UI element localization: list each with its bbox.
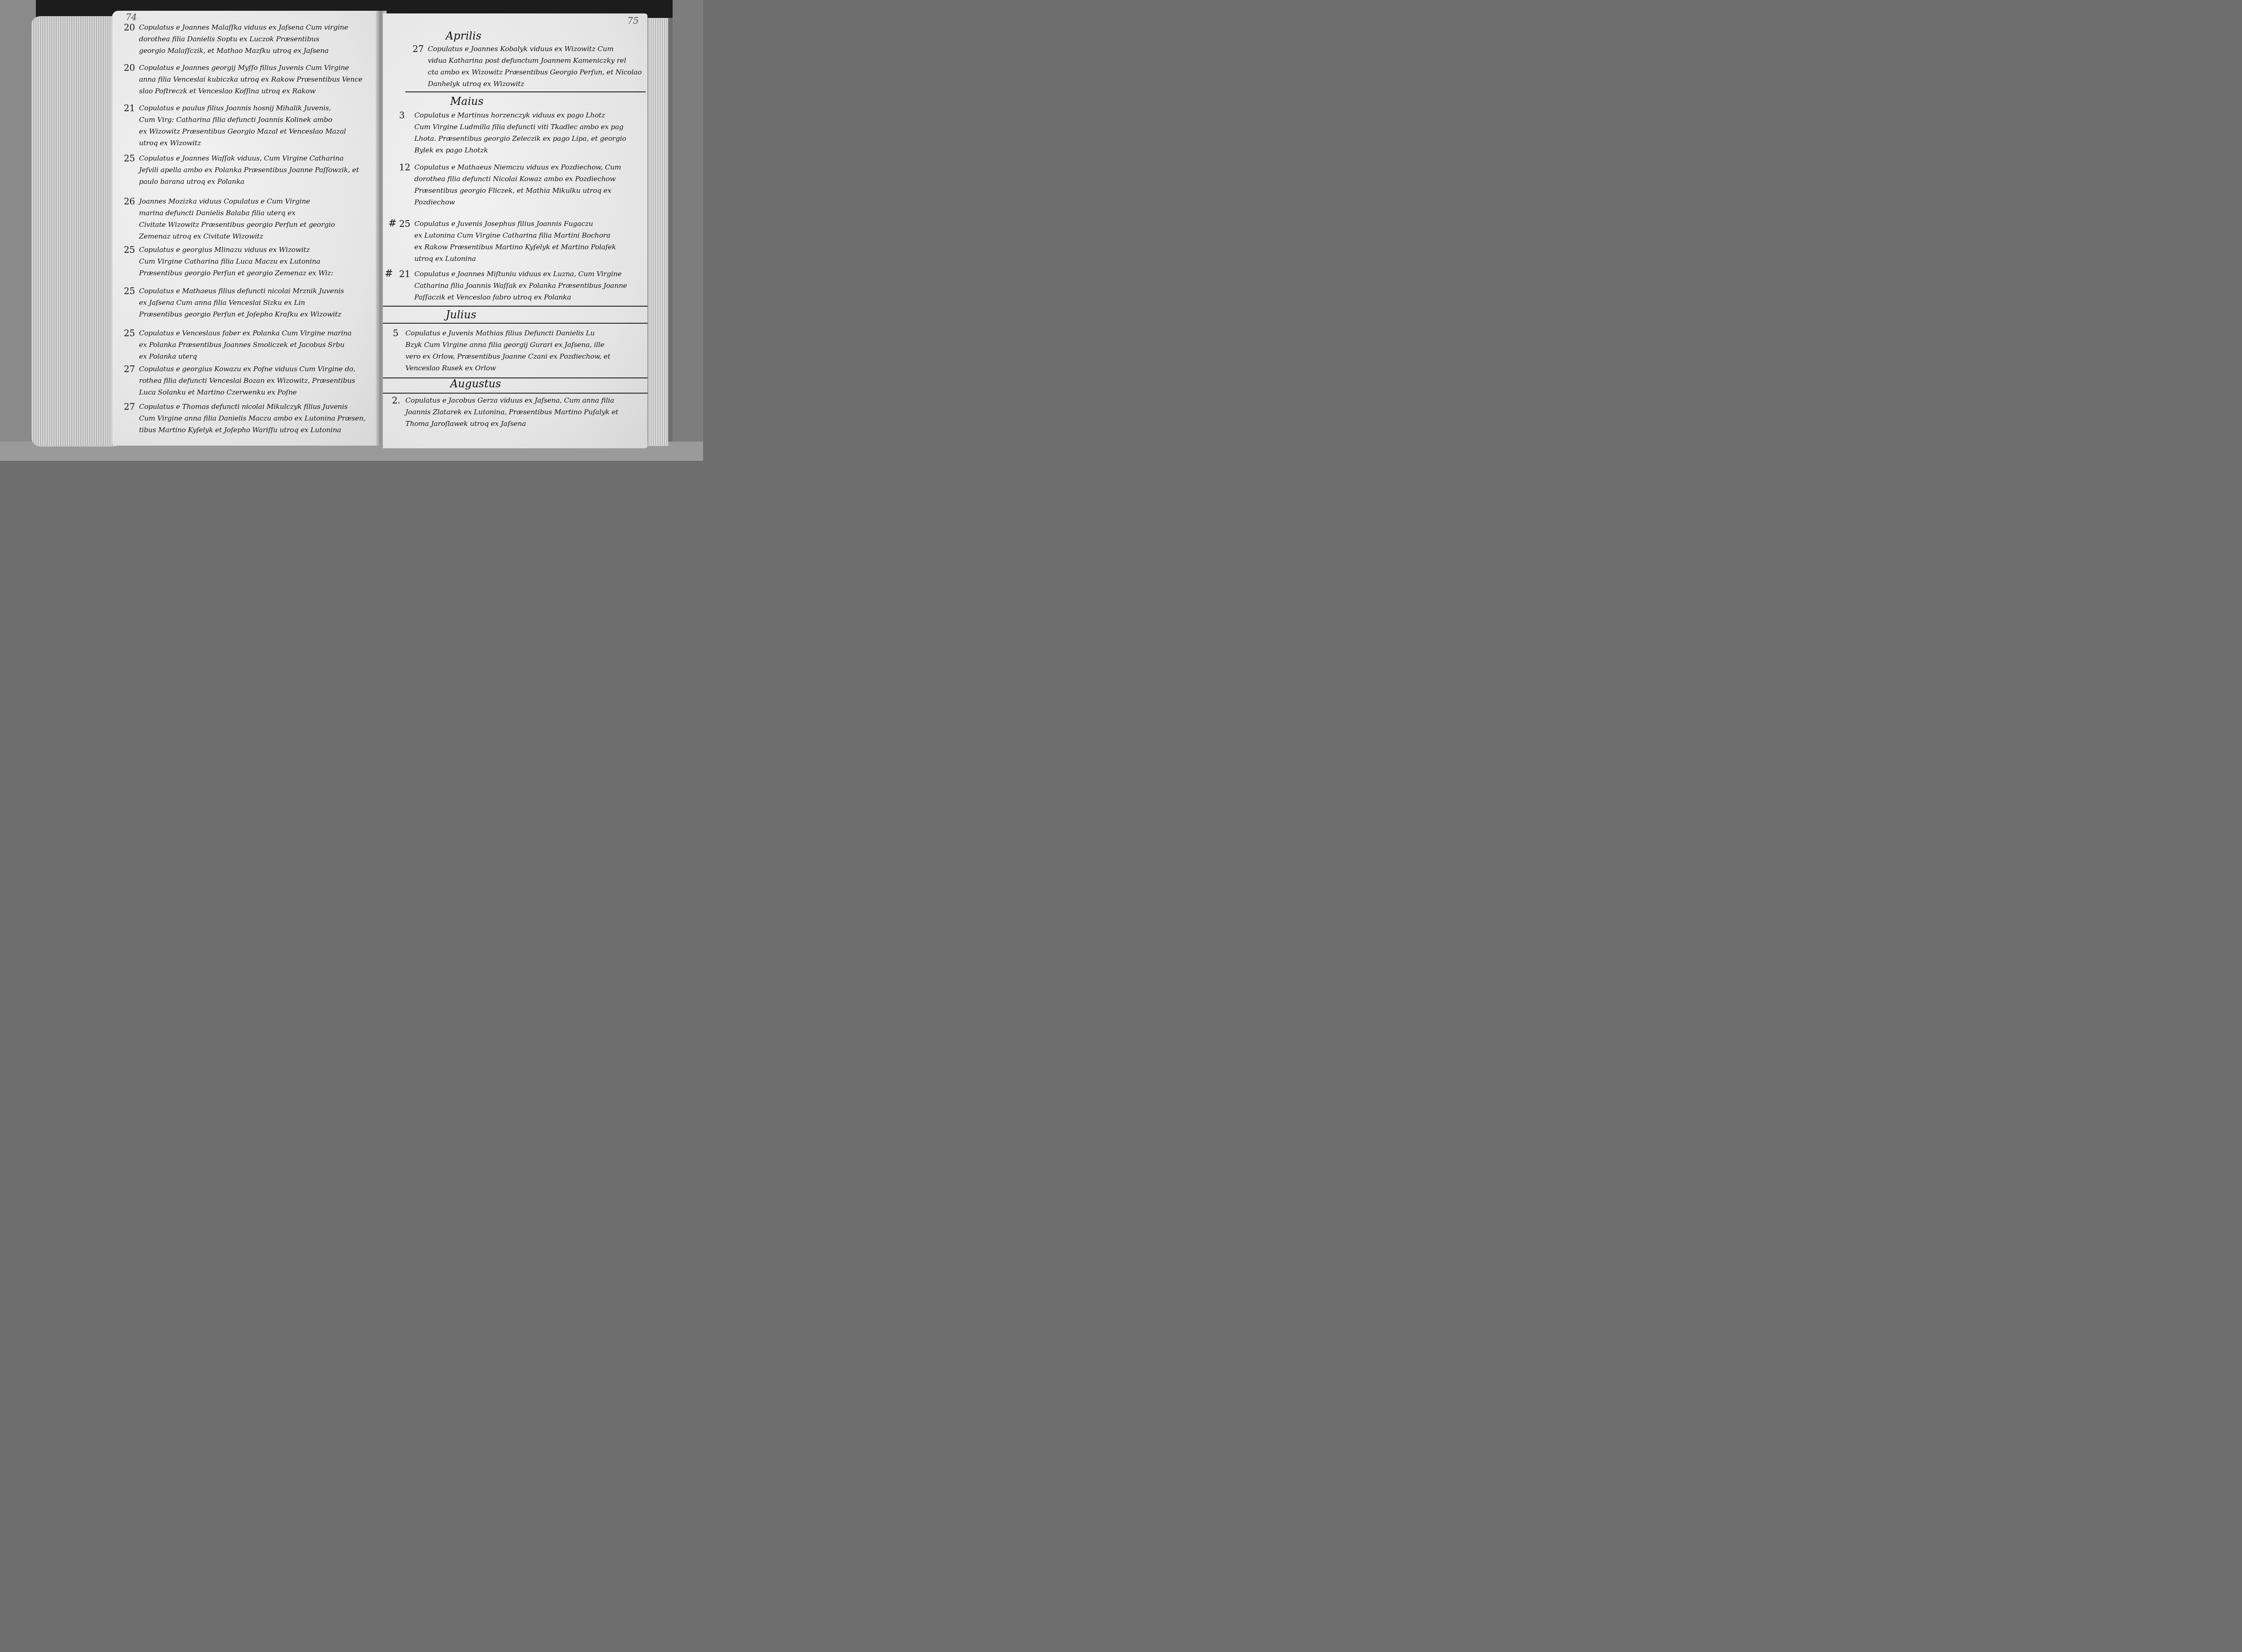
entry-day: 25 [399, 218, 410, 230]
entry-day: 27 [413, 43, 424, 55]
margin-hash-mark: # [385, 268, 393, 279]
register-entry: 27 Copulatus e Joannes Kobalyk viduus ex… [428, 43, 642, 90]
entry-day: 21 [124, 102, 135, 114]
month-heading: Augustus [450, 377, 501, 390]
month-heading: Aprilis [446, 30, 482, 42]
entry-day: 20 [124, 22, 135, 33]
left-page: 74 20 Copulatus e Joannes Malaſſka viduu… [112, 11, 379, 446]
entry-day: 20 [124, 62, 135, 74]
entry-day: 25 [124, 244, 135, 256]
register-entry: 2. Copulatus e Jacobus Gerza viduus ex J… [405, 395, 618, 429]
register-entry: 25 Copulatus e Mathaeus filius defuncti … [139, 285, 344, 320]
entry-day: 21 [399, 268, 410, 280]
page-number-left: 74 [126, 12, 137, 22]
entry-day: 25 [124, 327, 135, 339]
margin-hash-mark: # [388, 218, 396, 229]
register-entry: 27 Copulatus e georgius Kowazu ex Poſne … [139, 363, 356, 398]
register-entry: 26 Joannes Mozizka viduus Copulatus e Cu… [139, 195, 335, 242]
entry-day: 2. [392, 395, 400, 406]
section-divider [383, 306, 647, 307]
register-entry: 25 Copulatus e Juvenis Josephus filius J… [414, 218, 616, 264]
entry-day: 27 [124, 363, 135, 375]
book-page-edges-left [31, 16, 117, 447]
register-entry: 27 Copulatus e Thomas defuncti nicolai M… [139, 401, 365, 436]
entry-day: 5 [393, 327, 399, 339]
section-divider [405, 91, 646, 92]
register-entry: 20 Copulatus e Joannes Malaſſka viduus e… [139, 22, 348, 56]
entry-day: 25 [124, 285, 135, 297]
month-heading: Julius [446, 308, 476, 321]
entry-day: 27 [124, 401, 135, 412]
section-divider [383, 323, 647, 324]
right-page: 75 Aprilis 27 Copulatus e Joannes Kobaly… [383, 13, 647, 448]
entry-day: 26 [124, 195, 135, 207]
section-divider [383, 377, 647, 378]
register-entry: 12 Copulatus e Mathaeus Niemczu viduus e… [414, 161, 621, 208]
register-entry: 25 Copulatus e georgius Mlinazu viduus e… [139, 244, 333, 279]
register-entry: 5 Copulatus e Juvenis Mathias filius Def… [405, 327, 610, 374]
register-entry: 21 Copulatus e paulus filius Joannis hos… [139, 102, 346, 149]
register-entry: 21 Copulatus e Joannes Miſtuniu viduus e… [414, 268, 627, 303]
month-heading: Maius [450, 95, 483, 108]
register-entry: 3 Copulatus e Martinus horzenczyk viduus… [414, 109, 626, 156]
book-page-edges-right [648, 18, 668, 446]
section-divider [383, 393, 647, 394]
page-number-right: 75 [627, 15, 639, 26]
scan-background-left [0, 0, 36, 461]
register-entry: 25 Copulatus e Venceslaus faber ex Polan… [139, 327, 352, 362]
entry-day: 25 [124, 152, 135, 164]
register-entry: 20 Copulatus e Joannes georgij Myſſo fil… [139, 62, 362, 97]
entry-day: 3 [399, 109, 405, 121]
scan-background-right [673, 0, 703, 461]
register-entry: 25 Copulatus e Joannes Waſſak viduus, Cu… [139, 152, 359, 187]
entry-day: 12 [399, 161, 410, 173]
